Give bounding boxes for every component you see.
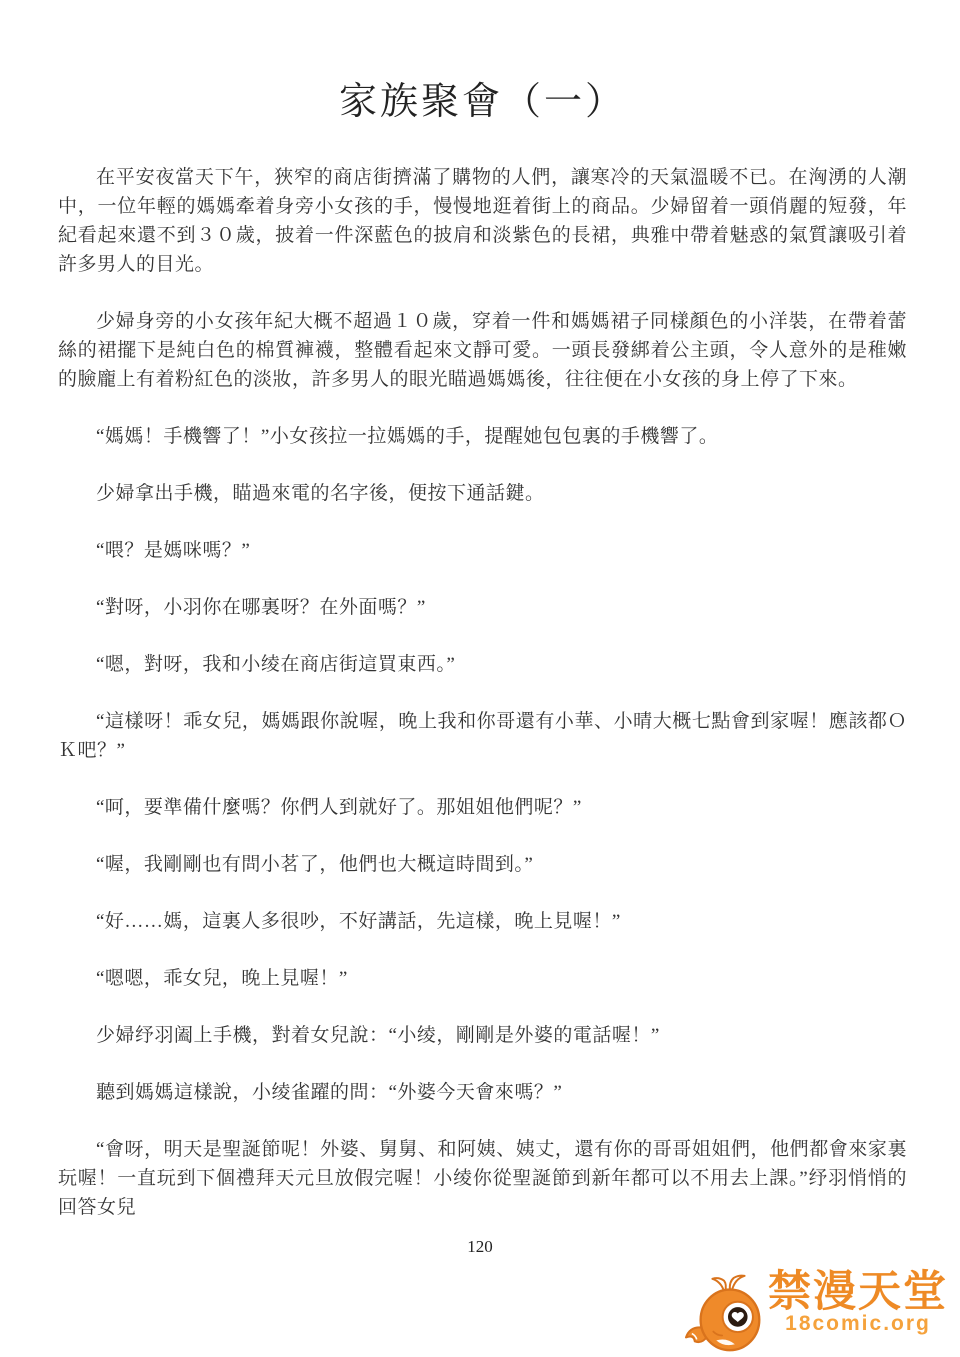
watermark-site-url: 18comic.org	[785, 1313, 931, 1335]
paragraph: “好……媽，這裏人多很吵，不好講話，先這樣，晚上見喔！”	[58, 907, 907, 936]
paragraph: 少婦纾羽阖上手機，對着女兒說：“小绫，剛剛是外婆的電話喔！”	[58, 1021, 907, 1050]
paragraph: “喂？是媽咪嗎？”	[58, 536, 907, 565]
paragraph: “嗯嗯，乖女兒，晚上見喔！”	[58, 964, 907, 993]
paragraph: “這樣呀！乖女兒，媽媽跟你說喔，晚上我和你哥還有小華、小晴大概七點會到家喔！應該…	[58, 707, 907, 765]
paragraph: “對呀，小羽你在哪裏呀？在外面嗎？”	[58, 593, 907, 622]
paragraph: 少婦身旁的小女孩年紀大概不超過１０歲，穿着一件和媽媽裙子同樣顏色的小洋裝，在帶着…	[58, 307, 907, 394]
paragraph: “會呀，明天是聖誕節呢！外婆、舅舅、和阿姨、姨丈，還有你的哥哥姐姐們，他們都會來…	[58, 1135, 907, 1222]
whale-mascot-icon	[684, 1269, 772, 1357]
page-title: 家族聚會（一）	[58, 70, 907, 125]
page-number: 120	[0, 1237, 960, 1257]
watermark: 禁漫天堂 18comic.org	[684, 1269, 948, 1357]
paragraph: 少婦拿出手機，瞄過來電的名字後，便按下通話鍵。	[58, 479, 907, 508]
paragraph: “呵，要準備什麼嗎？你們人到就好了。那姐姐他們呢？”	[58, 793, 907, 822]
paragraph: “嗯，對呀，我和小绫在商店街這買東西。”	[58, 650, 907, 679]
watermark-text: 禁漫天堂 18comic.org	[768, 1269, 948, 1335]
paragraph: 在平安夜當天下午，狹窄的商店街擠滿了購物的人們，讓寒冷的天氣溫暖不已。在洶湧的人…	[58, 163, 907, 279]
paragraph: “喔，我剛剛也有問小茗了，他們也大概這時間到。”	[58, 850, 907, 879]
paragraph: 聽到媽媽這樣說，小绫雀躍的問：“外婆今天會來嗎？”	[58, 1078, 907, 1107]
story-text: 在平安夜當天下午，狹窄的商店街擠滿了購物的人們，讓寒冷的天氣溫暖不已。在洶湧的人…	[58, 163, 907, 1222]
paragraph: “媽媽！手機響了！”小女孩拉一拉媽媽的手，提醒她包包裏的手機響了。	[58, 422, 907, 451]
document-page: 家族聚會（一） 在平安夜當天下午，狹窄的商店街擠滿了購物的人們，讓寒冷的天氣溫暖…	[0, 0, 960, 1357]
watermark-site-name: 禁漫天堂	[768, 1269, 948, 1315]
